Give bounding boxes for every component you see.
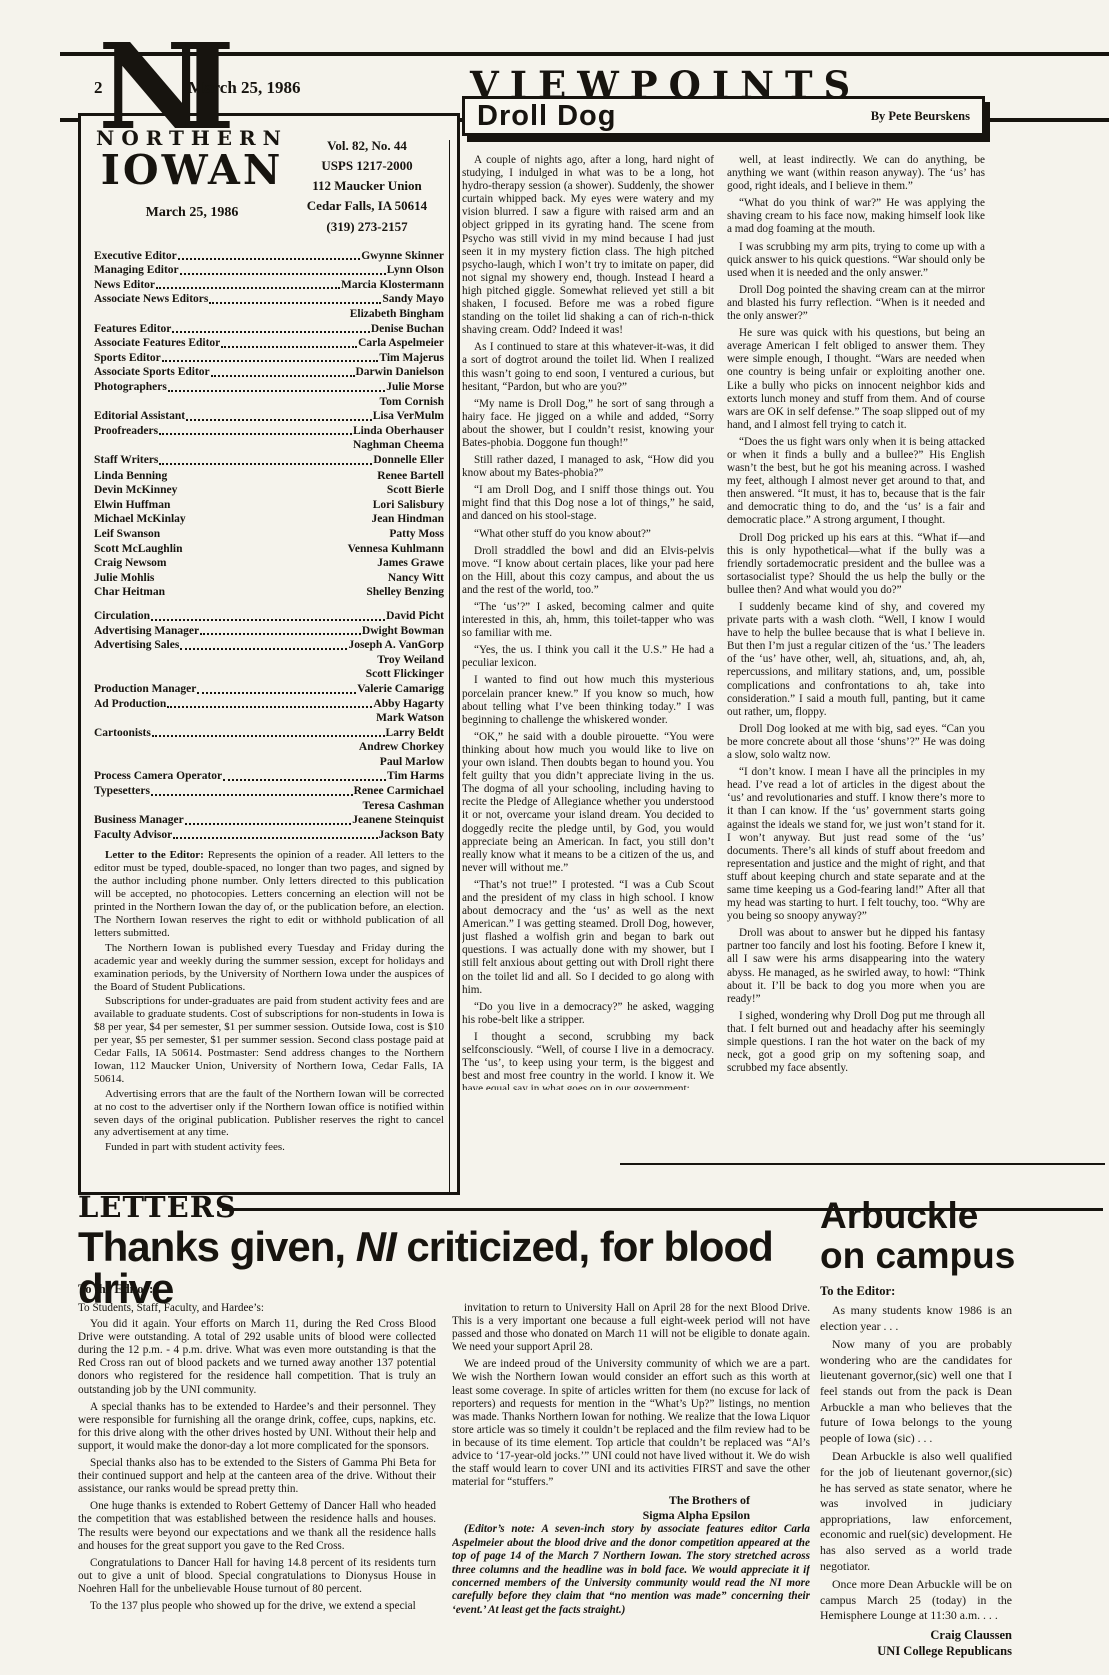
policy-text: Funded in part with student activity fee… [105,1141,285,1153]
masthead-policy: Letter to the Editor: Represents the opi… [94,849,444,1154]
article-paragraph: “I don’t know. I mean I have all the pri… [727,766,985,923]
staff-role-row: Associate News Editors Sandy Mayo [94,292,444,307]
staff-role-label: Features Editor [94,322,171,337]
arbuckle-paragraphs: As many students know 1986 is an electio… [820,1303,1012,1624]
staff-writer-right: Vennesa Kuhlmann [348,542,444,557]
staff-role-name: Tim Majerus [379,351,444,366]
staff-role-row: News Editor Marcia Klostermann [94,278,444,293]
staff-role-row: Teresa Cashman [94,799,444,814]
dotted-leader [221,336,357,348]
staff-role-name: Naghman Cheema [353,438,444,453]
staff-role-name: Jeanene Steinquist [352,813,444,828]
dotted-leader [156,278,340,290]
staff-role-row: Elizabeth Bingham [94,307,444,322]
dotted-leader [211,365,355,377]
staff-writer-row: Devin McKinney Scott Bierle [94,483,444,498]
dotted-leader [178,249,361,261]
newspaper-page: NI 2 March 25, 1986 VIEWPOINTS NORTHERN … [0,0,1109,1675]
dotted-leader [197,682,356,694]
dotted-leader [186,409,372,421]
staff-role-row: Associate Features Editor Carla Aspelmei… [94,336,444,351]
staff-writer-right: Scott Bierle [387,483,444,498]
letter-paragraph: As many students know 1986 is an electio… [820,1303,1012,1334]
staff-role-label: Sports Editor [94,351,161,366]
article-paragraph: Still rather dazed, I managed to ask, “H… [462,454,714,480]
article-paragraph: Droll Dog pointed the shaving cream can … [727,284,985,323]
staff-role-name: Tom Cornish [380,395,444,410]
staff-writer-row: Scott McLaughlin Vennesa Kuhlmann [94,542,444,557]
article-paragraph: I suddenly became kind of shy, and cover… [727,601,985,719]
droll-dog-column-1: A couple of nights ago, after a long, ha… [462,154,714,1090]
article-paragraph: “What do you think of war?” He was apply… [727,197,985,236]
staff-writer-right: Renee Bartell [377,469,444,484]
staff-role-row: Circulation David Picht [94,609,444,624]
staff-role-row: Cartoonists Larry Beldt [94,726,444,741]
editors-note-text: (Editor’s note: A seven-inch story by as… [452,1523,810,1617]
article-paragraph: “OK,” he said with a double pirouette. “… [462,731,714,875]
dotted-leader [95,711,375,723]
article-paragraph: Droll Dog pricked up his ears at this. “… [727,532,985,597]
dotted-leader [209,292,381,304]
article-paragraph: “What other stuff do you know about?” [462,528,714,541]
letters-headline: Thanks given, NI criticized, for blood d… [78,1226,820,1310]
dotted-leader [151,609,385,621]
masthead-publication-info: Vol. 82, No. 44USPS 1217-2000112 Maucker… [290,126,444,237]
staff-writer-row: Char Heitman Shelley Benzing [94,585,444,600]
staff-role-label: Advertising Sales [94,638,179,653]
article-paragraph: Droll Dog looked at me with big, sad eye… [727,723,985,762]
signature-line: Craig Claussen [820,1627,1012,1643]
staff-role-label: News Editor [94,278,155,293]
staff-role-name: Linda Oberhauser [353,424,444,439]
staff-role-row: Associate Sports Editor Darwin Danielson [94,365,444,380]
publication-info-line: (319) 273-2157 [290,217,444,237]
policy-paragraph: The Northern Iowan is published every Tu… [94,942,444,994]
article-paragraph: “Do you live in a democracy?” he asked, … [462,1001,714,1027]
staff-role-row: Proofreaders Linda Oberhauser [94,424,444,439]
article-paragraph: “That’s not true!” I protested. “I was a… [462,879,714,997]
policy-paragraph: Letter to the Editor: Represents the opi… [94,849,444,939]
editors-note: (Editor’s note: A seven-inch story by as… [452,1523,810,1617]
staff-role-row: Advertising Sales Joseph A. VanGorp [94,638,444,653]
letter-paragraph: Once more Dean Arbuckle will be on campu… [820,1577,1012,1624]
staff-role-row: Process Camera Operator Tim Harms [94,769,444,784]
letter-paragraph: Congratulations to Dancer Hall for havin… [78,1557,436,1596]
letter-column-2-paragraphs: invitation to return to University Hall … [452,1302,810,1489]
article-paragraph: “I am Droll Dog, and I sniff those thing… [462,484,714,523]
article-paragraph: “Does the us fight wars only when it is … [727,436,985,528]
dotted-leader [95,740,358,752]
article-paragraph: “The ‘us’?” I asked, becoming calmer and… [462,601,714,640]
letter-paragraph: Now many of you are probably wondering w… [820,1337,1012,1446]
policy-text: Subscriptions for under-graduates are pa… [94,995,444,1084]
article-paragraph: A couple of nights ago, after a long, ha… [462,154,714,337]
staff-writer-row: Julie Mohlis Nancy Witt [94,571,444,586]
header-rule-top [60,52,1109,56]
staff-role-name: Tim Harms [387,769,444,784]
staff-role-name: Andrew Chorkey [359,740,444,755]
letter-paragraph: Special thanks also has to be extended t… [78,1457,436,1496]
policy-paragraph: Funded in part with student activity fee… [94,1141,444,1154]
droll-dog-byline: By Pete Beurskens [871,109,970,124]
staff-role-name: David Picht [386,609,444,624]
staff-role-name: Joseph A. VanGorp [348,638,444,653]
staff-role-name: Valerie Camarigg [357,682,444,697]
arbuckle-column: As many students know 1986 is an electio… [820,1300,1012,1668]
letter-paragraph: invitation to return to University Hall … [452,1302,810,1354]
staff-role-label: Ad Production [94,697,166,712]
staff-role-row: Staff Writers Donnelle Eller [94,453,444,468]
article-paragraph: “Yes, the us. I think you call it the U.… [462,644,714,670]
staff-role-label: Typesetters [94,784,150,799]
staff-role-label: Proofreaders [94,424,158,439]
staff-writer-left: Char Heitman [94,585,165,600]
staff-role-name: Troy Weiland [377,653,444,668]
dotted-leader [95,667,365,679]
staff-role-row: Typesetters Renee Carmichael [94,784,444,799]
masthead-box: NORTHERN IOWAN March 25, 1986 Vol. 82, N… [78,113,460,1195]
staff-writer-left: Scott McLaughlin [94,542,183,557]
staff-writer-right: Patty Moss [389,527,444,542]
staff-role-label: Associate News Editors [94,292,208,307]
staff-role-name: Julie Morse [386,380,444,395]
staff-writer-row: Linda Benning Renee Bartell [94,469,444,484]
letter-column-1: To Students, Staff, Faculty, and Hardee’… [78,1302,436,1668]
staff-roles-list: Executive Editor Gwynne Skinner Managing… [94,249,444,468]
dotted-leader [151,784,353,796]
letter-salutation: To Students, Staff, Faculty, and Hardee’… [78,1302,436,1315]
letter-column-1-paragraphs: You did it again. Your efforts on March … [78,1318,436,1613]
arbuckle-headline-line2: on campus [820,1236,1015,1276]
staff-role-label: Process Camera Operator [94,769,222,784]
dotted-leader [180,638,347,650]
staff-roles-list-2: Circulation David Picht Advertising Mana… [94,609,444,843]
staff-role-row: Sports Editor Tim Majerus [94,351,444,366]
dotted-leader [159,453,372,465]
staff-role-row: Paul Marlow [94,755,444,770]
staff-role-label: Production Manager [94,682,196,697]
staff-role-name: Sandy Mayo [382,292,444,307]
staff-role-label: Staff Writers [94,453,158,468]
dotted-leader [167,697,372,709]
dotted-leader [168,380,385,392]
headline-ni: NI [356,1223,396,1270]
policy-paragraph: Advertising errors that are the fault of… [94,1088,444,1140]
staff-writer-left: Elwin Huffman [94,498,170,513]
letters-section-label: LETTERS [78,1190,237,1224]
dotted-leader [173,828,377,840]
staff-role-label: Photographers [94,380,167,395]
staff-role-label: Associate Sports Editor [94,365,210,380]
letter-paragraph: To the 137 plus people who showed up for… [78,1600,436,1613]
staff-writer-left: Craig Newsom [94,556,167,571]
staff-writers-columns: Linda Benning Renee Bartell Devin McKinn… [94,469,444,600]
staff-role-name: Lynn Olson [387,263,444,278]
staff-role-label: Business Manager [94,813,184,828]
staff-role-name: Denise Buchan [371,322,444,337]
signature-line: UNI College Republicans [820,1643,1012,1659]
article-paragraph: I wanted to find out how much this myste… [462,674,714,726]
staff-role-name: Jackson Baty [379,828,445,843]
dotted-leader [223,769,386,781]
staff-role-name: Abby Hagarty [373,697,444,712]
letter-paragraph: One huge thanks is extended to Robert Ge… [78,1500,436,1552]
staff-role-row: Production Manager Valerie Camarigg [94,682,444,697]
staff-role-row: Features Editor Denise Buchan [94,322,444,337]
dotted-leader [162,351,379,363]
article-paragraph: I sighed, wondering why Droll Dog put me… [727,1010,985,1075]
staff-role-name: Mark Watson [376,711,444,726]
arbuckle-to-editor-label: To the Editor: [820,1284,895,1299]
staff-role-row: Troy Weiland [94,653,444,668]
staff-writer-right: Shelley Benzing [366,585,444,600]
staff-role-label: Executive Editor [94,249,177,264]
article-paragraph: As I continued to stare at this whatever… [462,341,714,393]
article-paragraph: “My name is Droll Dog,” he sort of sang … [462,398,714,450]
policy-lead: Letter to the Editor: [105,849,204,861]
staff-writer-row: Leif Swanson Patty Moss [94,527,444,542]
staff-role-name: Darwin Danielson [356,365,445,380]
staff-role-row: Andrew Chorkey [94,740,444,755]
staff-writer-left: Michael McKinlay [94,512,186,527]
header-date: March 25, 1986 [188,78,301,98]
dotted-leader [172,322,369,334]
staff-role-row: Faculty Advisor Jackson Baty [94,828,444,843]
staff-role-row: Ad Production Abby Hagarty [94,697,444,712]
dotted-leader [95,307,349,319]
staff-role-row: Editorial Assistant Lisa VerMulm [94,409,444,424]
staff-writer-right: Jean Hindman [371,512,444,527]
letter-signature: The Brothers ofSigma Alpha Epsilon [452,1493,810,1523]
staff-writer-left: Devin McKinney [94,483,177,498]
staff-role-label: Editorial Assistant [94,409,185,424]
dotted-leader [200,624,361,636]
policy-text: The Northern Iowan is published every Tu… [94,942,444,993]
dotted-leader [180,263,386,275]
staff-role-name: Renee Carmichael [354,784,444,799]
dotted-leader [95,799,362,811]
staff-role-row: Managing Editor Lynn Olson [94,263,444,278]
staff-role-row: Tom Cornish [94,395,444,410]
dotted-leader [95,653,376,665]
staff-role-row: Mark Watson [94,711,444,726]
staff-role-label: Managing Editor [94,263,179,278]
staff-writer-row: Michael McKinlay Jean Hindman [94,512,444,527]
policy-paragraph: Subscriptions for under-graduates are pa… [94,995,444,1085]
article-paragraph: I was scrubbing my arm pits, trying to c… [727,241,985,280]
staff-role-name: Dwight Bowman [362,624,444,639]
droll-dog-column-2: well, at least indirectly. We can do any… [727,154,985,1160]
publication-info-line: Cedar Falls, IA 50614 [290,196,444,216]
dotted-leader [95,755,379,767]
staff-writer-row: Elwin Huffman Lori Salisbury [94,498,444,513]
staff-role-label: Advertising Manager [94,624,199,639]
staff-writer-right: James Grawe [377,556,444,571]
dotted-leader [185,813,352,825]
staff-role-name: Scott Flickinger [366,667,444,682]
signature-line: Sigma Alpha Epsilon [452,1508,750,1523]
signature-line: The Brothers of [452,1493,750,1508]
staff-writer-left: Julie Mohlis [94,571,154,586]
article-paragraph: He sure was quick with his questions, bu… [727,327,985,432]
policy-text: Advertising errors that are the fault of… [94,1088,444,1139]
staff-role-name: Donnelle Eller [373,453,444,468]
staff-role-label: Faculty Advisor [94,828,172,843]
dotted-leader [152,726,385,738]
staff-writer-left: Linda Benning [94,469,167,484]
dotted-leader [95,395,379,407]
staff-role-row: Scott Flickinger [94,667,444,682]
publication-info-line: Vol. 82, No. 44 [290,136,444,156]
staff-role-name: Teresa Cashman [363,799,444,814]
dotted-leader [159,424,352,436]
letter-paragraph: A special thanks has to be extended to H… [78,1401,436,1453]
staff-writer-row: Craig Newsom James Grawe [94,556,444,571]
column-divider-rule [449,140,450,1195]
staff-role-row: Executive Editor Gwynne Skinner [94,249,444,264]
staff-role-label: Cartoonists [94,726,151,741]
policy-text: Represents the opinion of a reader. All … [94,849,444,938]
staff-role-label: Circulation [94,609,150,624]
staff-writer-right: Nancy Witt [388,571,444,586]
article-paragraph: Droll was about to answer but he dipped … [727,927,985,1006]
droll-dog-end-rule [620,1163,1105,1165]
masthead-name-line2: IOWAN [94,150,290,191]
publication-info-line: USPS 1217-2000 [290,156,444,176]
staff-role-name: Lisa VerMulm [373,409,444,424]
article-paragraph: I thought a second, scrubbing my back se… [462,1031,714,1090]
staff-role-row: Photographers Julie Morse [94,380,444,395]
staff-role-name: Paul Marlow [380,755,444,770]
letter-paragraph: You did it again. Your efforts on March … [78,1318,436,1397]
staff-role-name: Gwynne Skinner [361,249,444,264]
page-number: 2 [94,78,103,98]
dotted-leader [95,438,352,450]
staff-role-label: Associate Features Editor [94,336,220,351]
staff-role-row: Advertising Manager Dwight Bowman [94,624,444,639]
arbuckle-headline-line1: Arbuckle [820,1196,1015,1236]
staff-role-name: Larry Beldt [386,726,444,741]
article-paragraph: Droll straddled the bowl and did an Elvi… [462,545,714,597]
letter-paragraph: We are indeed proud of the University co… [452,1358,810,1489]
letter-column-2: invitation to return to University Hall … [452,1302,810,1668]
staff-role-row: Naghman Cheema [94,438,444,453]
arbuckle-signature: Craig ClaussenUNI College Republicans [820,1627,1012,1659]
letter-to-editor-label: To the Editor: [78,1282,153,1297]
article-paragraph: well, at least indirectly. We can do any… [727,154,985,193]
section-title: VIEWPOINTS [470,63,861,107]
staff-writer-right: Lori Salisbury [373,498,444,513]
staff-role-row: Business Manager Jeanene Steinquist [94,813,444,828]
letter-paragraph: Dean Arbuckle is also well qualified for… [820,1449,1012,1574]
staff-role-name: Marcia Klostermann [341,278,444,293]
headline-part1: Thanks given, [78,1223,356,1270]
staff-role-name: Elizabeth Bingham [350,307,444,322]
arbuckle-headline: Arbuckle on campus [820,1196,1015,1276]
masthead-date: March 25, 1986 [94,205,290,221]
staff-role-name: Carla Aspelmeier [358,336,444,351]
publication-info-line: 112 Maucker Union [290,176,444,196]
staff-writer-left: Leif Swanson [94,527,160,542]
